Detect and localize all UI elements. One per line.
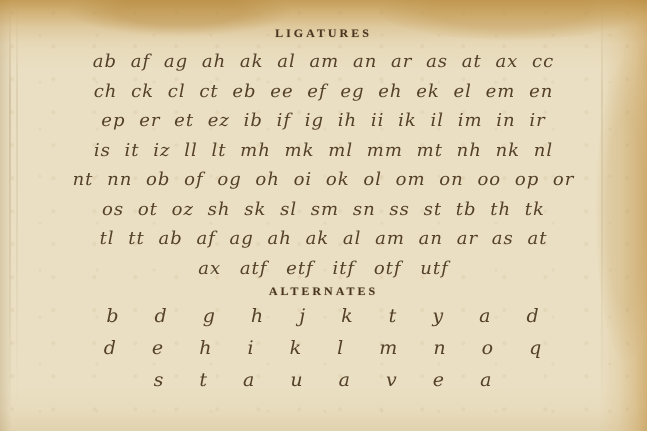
ligature-line: ch ck cl ct eb ee ef eg eh ek el em en [0, 77, 647, 107]
alternates-specimen-text: b d g h j k t y a d d e h i k l m n o q … [0, 300, 647, 396]
specimen-page: LIGATURES ab af ag ah ak al am an ar as … [0, 0, 647, 431]
ligature-line: ep er et ez ib if ig ih ii ik il im in i… [0, 106, 647, 136]
ligatures-heading: LIGATURES [0, 26, 647, 41]
ligature-line: ab af ag ah ak al am an ar as at ax cc [0, 47, 647, 77]
ligature-line: nt nn ob of og oh oi ok ol om on oo op o… [0, 165, 647, 195]
ligature-line: tl tt ab af ag ah ak al am an ar as at [0, 224, 647, 254]
alternate-line: b d g h j k t y a d [0, 300, 647, 332]
alternate-line: d e h i k l m n o q [0, 332, 647, 364]
ligature-line: os ot oz sh sk sl sm sn ss st tb th tk [0, 195, 647, 225]
ligature-line: is it iz ll lt mh mk ml mm mt nh nk nl [0, 136, 647, 166]
alternates-heading: ALTERNATES [0, 284, 647, 299]
alternate-line: s t a u a v e a [0, 364, 647, 396]
ligatures-specimen-text: ab af ag ah ak al am an ar as at ax cc c… [0, 47, 647, 283]
ligature-line: ax atf etf itf otf utf [0, 254, 647, 284]
